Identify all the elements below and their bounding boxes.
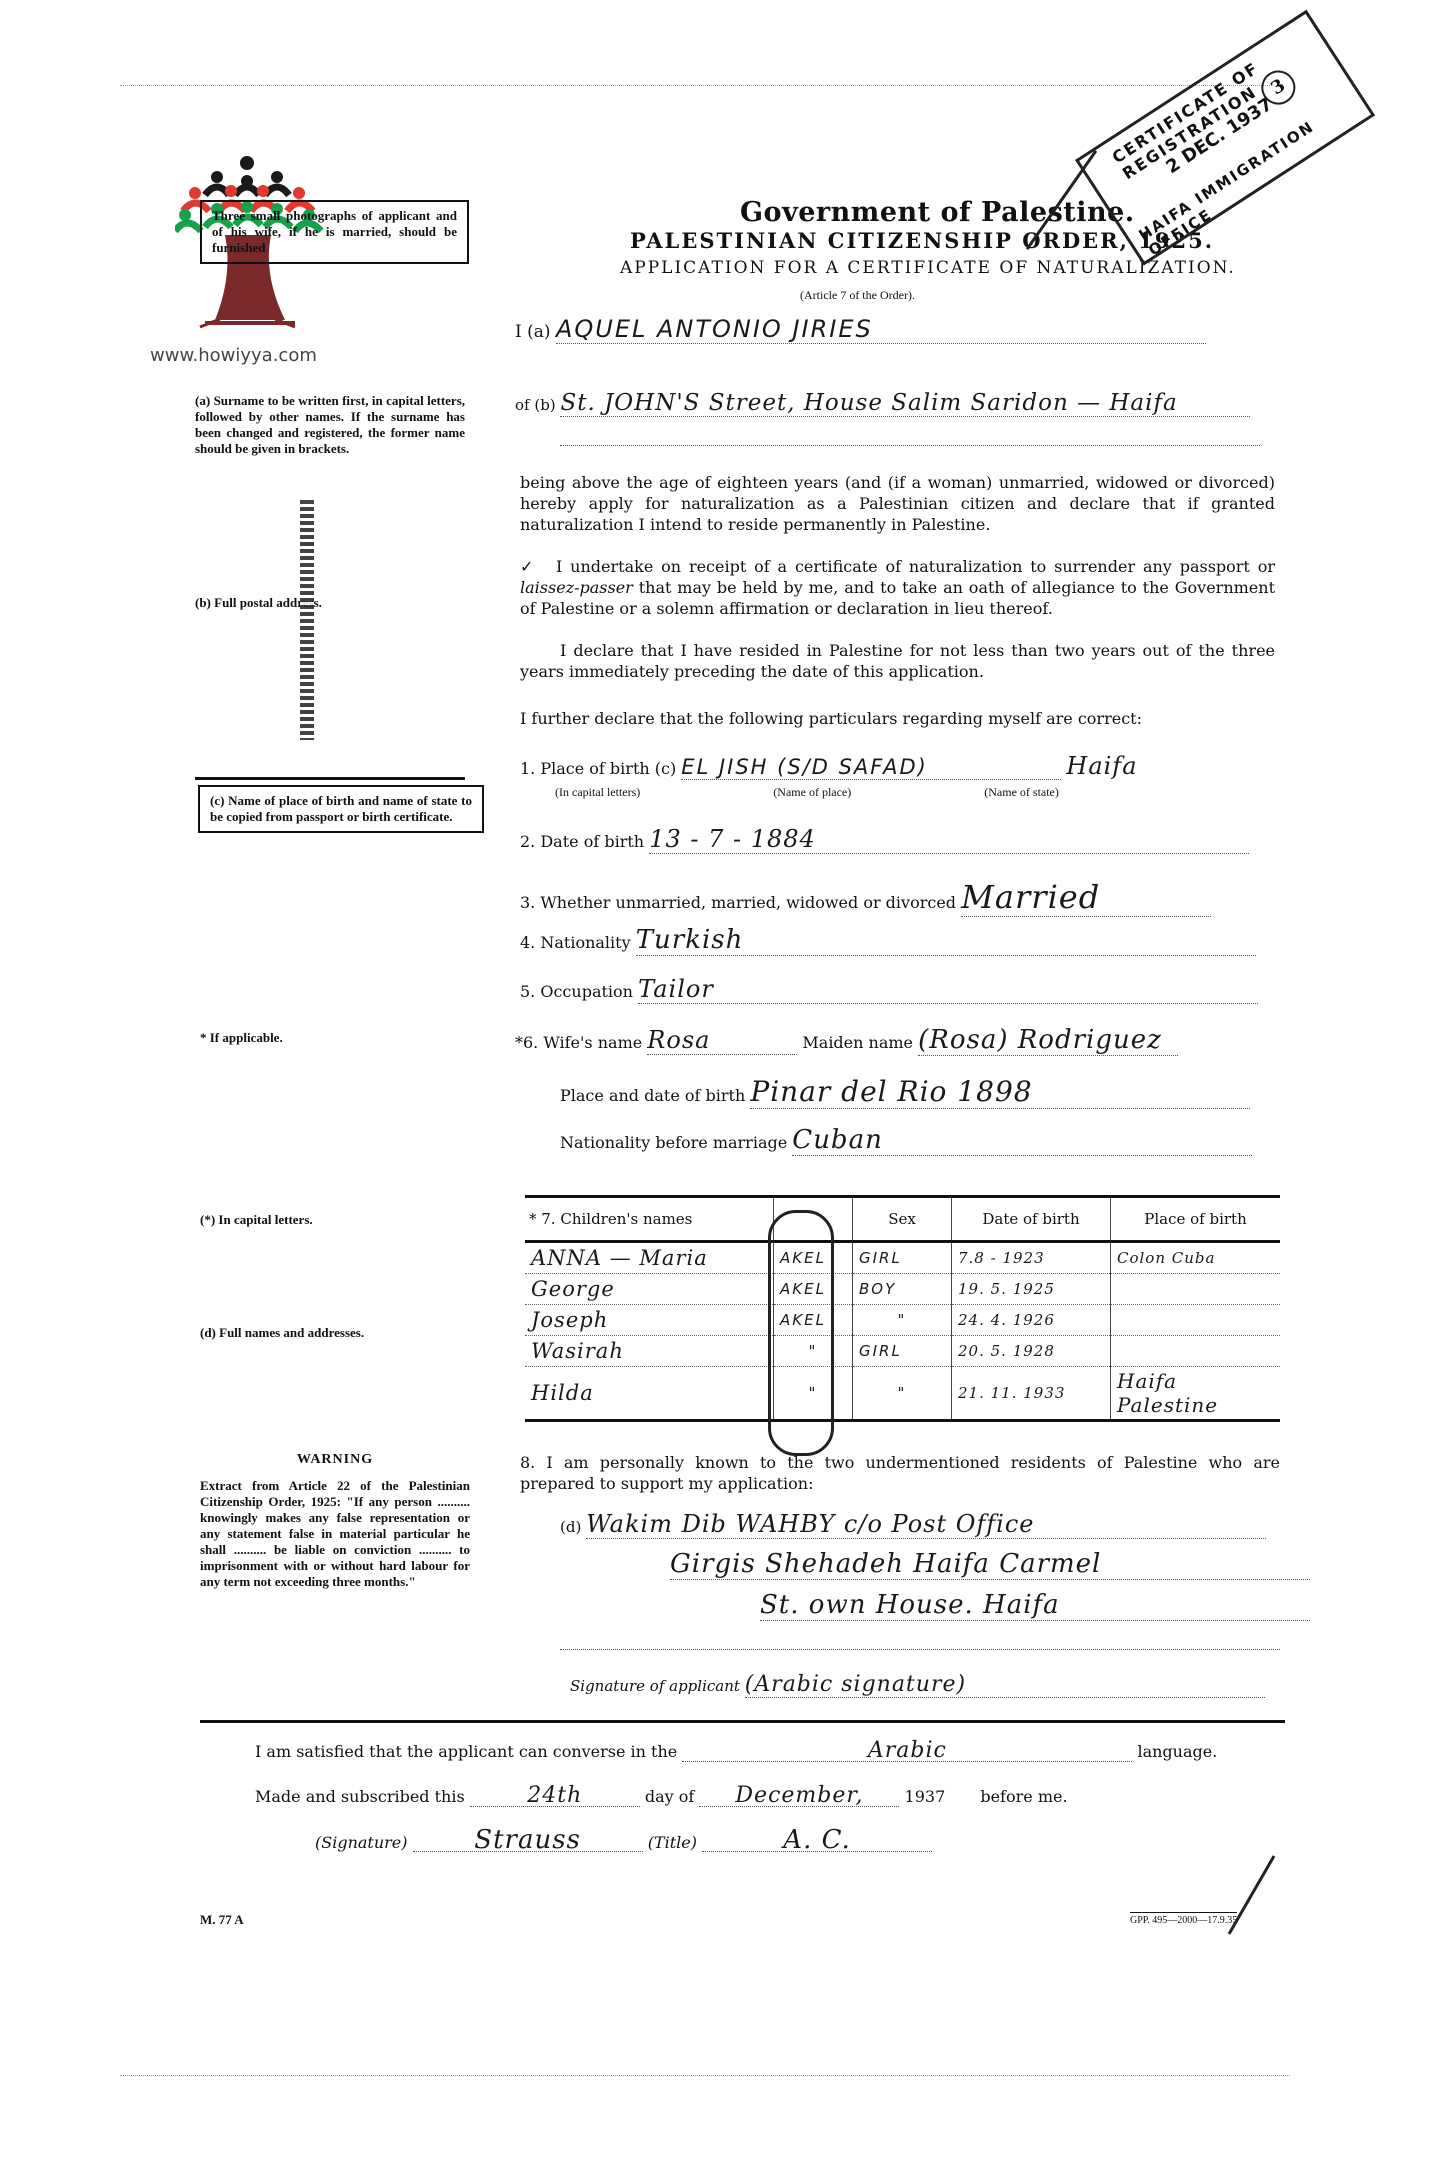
official-signature-field[interactable]: Strauss — [413, 1830, 643, 1852]
official-signature-label: (Signature) — [315, 1833, 408, 1852]
year-field[interactable]: 1937 — [905, 1787, 946, 1806]
child-place[interactable]: Haifa Palestine — [1111, 1367, 1281, 1421]
child-sex[interactable]: GIRL — [853, 1242, 952, 1274]
note-c-text: (c) Name of place of birth and name of s… — [210, 793, 472, 824]
child-sex[interactable]: " — [853, 1367, 952, 1421]
children-table: * 7. Children's names Sex Date of birth … — [525, 1195, 1280, 1422]
dob-label: 2. Date of birth — [520, 832, 644, 851]
referee-2-field[interactable]: Girgis Shehadeh Haifa Carmel — [670, 1549, 1310, 1580]
table-row: Joseph AKEL " 24. 4. 1926 — [525, 1305, 1280, 1336]
note-d: (d) Full names and addresses. — [200, 1325, 470, 1341]
form-number: M. 77 A — [200, 1912, 244, 1928]
language-text-pre: I am satisfied that the applicant can co… — [255, 1742, 677, 1761]
undertaking-text-b: that may be held by me, and to take an o… — [520, 578, 1275, 618]
place-of-birth-subscripts: (In capital letters) (Name of place) (Na… — [555, 785, 1275, 800]
place-of-birth-row: 1. Place of birth (c) EL JISH (S/D SAFAD… — [520, 752, 1280, 780]
title-field[interactable]: A. C. — [702, 1830, 932, 1852]
vertical-stamp-mark — [300, 500, 314, 740]
applicant-name-field[interactable]: AQUEL ANTONIO JIRIES — [556, 315, 1206, 344]
child-name[interactable]: Hilda — [525, 1367, 774, 1421]
surname-oval-mark — [768, 1210, 834, 1456]
language-text-post: language. — [1137, 1742, 1217, 1761]
occupation-row: 5. Occupation Tailor — [520, 975, 1280, 1004]
table-row: Hilda " " 21. 11. 1933 Haifa Palestine — [525, 1367, 1280, 1421]
address-label: of (b) — [515, 396, 556, 414]
signature-rule — [200, 1720, 1285, 1723]
applicant-signature-field[interactable]: (Arabic signature) — [745, 1672, 1265, 1698]
place-of-birth-label: 1. Place of birth (c) — [520, 759, 676, 778]
wife-birth-row: Place and date of birth Pinar del Rio 18… — [560, 1075, 1280, 1109]
applicant-address-field[interactable]: St. JOHN'S Street, House Salim Saridon —… — [560, 390, 1250, 417]
child-dob[interactable]: 7.8 - 1923 — [952, 1242, 1111, 1274]
child-place[interactable]: Colon Cuba — [1111, 1242, 1281, 1274]
nationality-field[interactable]: Turkish — [636, 925, 1256, 956]
maiden-name-label: Maiden name — [802, 1033, 913, 1052]
maiden-name-field[interactable]: (Rosa) Rodriguez — [918, 1025, 1178, 1056]
declaration-particulars: I further declare that the following par… — [520, 708, 1220, 729]
tick-mark — [1228, 1855, 1276, 1934]
occupation-field[interactable]: Tailor — [638, 975, 1258, 1004]
sub-name-of-place: (Name of place) — [773, 785, 851, 799]
name-label: I (a) — [515, 322, 551, 342]
wife-nationality-row: Nationality before marriage Cuban — [560, 1125, 1280, 1156]
laissez-passer-text: laissez-passer — [520, 578, 633, 597]
wife-nationality-field[interactable]: Cuban — [792, 1125, 1252, 1156]
scan-noise-bottom — [120, 2075, 1290, 2078]
child-dob[interactable]: 19. 5. 1925 — [952, 1274, 1111, 1305]
col-place-of-birth: Place of birth — [1111, 1197, 1281, 1242]
margin-rule — [195, 777, 465, 780]
col-sex: Sex — [853, 1197, 952, 1242]
child-place[interactable] — [1111, 1305, 1281, 1336]
referee-3-field[interactable]: St. own House. Haifa — [760, 1590, 1310, 1621]
wife-name-row: *6. Wife's name Rosa Maiden name (Rosa) … — [515, 1025, 1295, 1056]
declaration-undertaking: ✓I undertake on receipt of a certificate… — [520, 556, 1275, 619]
signature-label: Signature of applicant — [570, 1677, 740, 1695]
child-name[interactable]: ANNA — Maria — [525, 1242, 774, 1274]
immigration-office-stamp: CERTIFICATE OF REGISTRATION 2 DEC. 1937 … — [1075, 10, 1375, 266]
wife-birth-field[interactable]: Pinar del Rio 1898 — [750, 1075, 1250, 1109]
scan-noise-top — [120, 85, 1270, 88]
address-continuation-line — [560, 445, 1260, 446]
child-name[interactable]: George — [525, 1274, 774, 1305]
date-of-birth-row: 2. Date of birth 13 - 7 - 1884 — [520, 825, 1280, 854]
referee-1-field[interactable]: Wakim Dib WAHBY c/o Post Office — [586, 1510, 1266, 1539]
note-b: (b) Full postal address. — [195, 595, 465, 611]
nationality-label: 4. Nationality — [520, 933, 631, 952]
child-name[interactable]: Joseph — [525, 1305, 774, 1336]
warning-title: WARNING — [200, 1452, 470, 1468]
day-field[interactable]: 24th — [470, 1785, 640, 1807]
title-label: (Title) — [648, 1833, 697, 1852]
occupation-label: 5. Occupation — [520, 982, 633, 1001]
col-date-of-birth: Date of birth — [952, 1197, 1111, 1242]
child-sex[interactable]: BOY — [853, 1274, 952, 1305]
note-c-box: (c) Name of place of birth and name of s… — [198, 785, 484, 833]
marital-field[interactable]: Married — [961, 878, 1211, 917]
referees-intro: 8. I am personally known to the two unde… — [520, 1452, 1280, 1494]
table-row: George AKEL BOY 19. 5. 1925 — [525, 1274, 1280, 1305]
wife-birth-label: Place and date of birth — [560, 1086, 745, 1105]
place-of-birth-field[interactable]: EL JISH (S/D SAFAD) — [681, 755, 1061, 780]
referee-label: (d) — [560, 1518, 581, 1536]
declaration-age: being above the age of eighteen years (a… — [520, 472, 1275, 535]
marital-label: 3. Whether unmarried, married, widowed o… — [520, 893, 956, 912]
child-name[interactable]: Wasirah — [525, 1336, 774, 1367]
sub-capital-letters: (In capital letters) — [555, 785, 640, 799]
applicant-name-line: I (a) AQUEL ANTONIO JIRIES — [515, 315, 1275, 344]
note-if-applicable: * If applicable. — [200, 1030, 400, 1046]
wife-name-label: *6. Wife's name — [515, 1033, 642, 1052]
made-subscribed-row: Made and subscribed this 24th day of Dec… — [255, 1785, 1285, 1807]
child-sex[interactable]: GIRL — [853, 1336, 952, 1367]
month-field[interactable]: December, — [699, 1785, 899, 1807]
referee-line-1: (d) Wakim Dib WAHBY c/o Post Office — [560, 1510, 1320, 1539]
child-sex[interactable]: " — [853, 1305, 952, 1336]
child-place[interactable] — [1111, 1274, 1281, 1305]
wife-nationality-label: Nationality before marriage — [560, 1133, 787, 1152]
child-dob[interactable]: 20. 5. 1928 — [952, 1336, 1111, 1367]
applicant-signature-row: Signature of applicant (Arabic signature… — [570, 1672, 1290, 1698]
applicant-address-line: of (b) St. JOHN'S Street, House Salim Sa… — [515, 390, 1295, 417]
child-dob[interactable]: 21. 11. 1933 — [952, 1367, 1111, 1421]
note-a: (a) Surname to be written first, in capi… — [195, 393, 465, 457]
before-me-label: before me. — [980, 1787, 1067, 1806]
dob-field[interactable]: 13 - 7 - 1884 — [649, 825, 1249, 854]
marital-status-row: 3. Whether unmarried, married, widowed o… — [520, 878, 1280, 917]
col-children-names: * 7. Children's names — [525, 1197, 774, 1242]
printer-code: GPP. 495—2000—17.9.35 — [1130, 1912, 1237, 1926]
nationality-row: 4. Nationality Turkish — [520, 925, 1280, 956]
undertaking-text-a: I undertake on receipt of a certificate … — [556, 557, 1275, 576]
referee-blank-line — [560, 1649, 1280, 1650]
referees-block: (d) Wakim Dib WAHBY c/o Post Office Girg… — [560, 1510, 1320, 1650]
language-field[interactable]: Arabic — [682, 1740, 1132, 1762]
language-row: I am satisfied that the applicant can co… — [255, 1740, 1285, 1762]
photo-note-text: Three small photographs of applicant and… — [212, 208, 457, 255]
place-of-birth-extra: Haifa — [1066, 752, 1137, 780]
sub-name-of-state: (Name of state) — [984, 785, 1059, 799]
table-row: Wasirah " GIRL 20. 5. 1928 — [525, 1336, 1280, 1367]
photo-note-box: Three small photographs of applicant and… — [200, 200, 469, 264]
children-table-header: * 7. Children's names Sex Date of birth … — [525, 1197, 1280, 1242]
warning-text: Extract from Article 22 of the Palestini… — [200, 1478, 470, 1590]
day-of-label: day of — [645, 1787, 694, 1806]
article-reference: (Article 7 of the Order). — [800, 288, 915, 303]
child-place[interactable] — [1111, 1336, 1281, 1367]
government-heading: Government of Palestine. — [740, 197, 1135, 228]
checkmark-slot: ✓ — [520, 556, 556, 577]
note-capital-letters: (*) In capital letters. — [200, 1212, 450, 1228]
watermark-site-url[interactable]: www.howiyya.com — [150, 345, 317, 366]
official-signature-row: (Signature) Strauss (Title) A. C. — [315, 1830, 1215, 1853]
declaration-residence: I declare that I have resided in Palesti… — [520, 640, 1275, 682]
table-row: ANNA — Maria AKEL GIRL 7.8 - 1923 Colon … — [525, 1242, 1280, 1274]
child-dob[interactable]: 24. 4. 1926 — [952, 1305, 1111, 1336]
made-subscribed-label: Made and subscribed this — [255, 1787, 465, 1806]
wife-name-field[interactable]: Rosa — [647, 1026, 797, 1055]
